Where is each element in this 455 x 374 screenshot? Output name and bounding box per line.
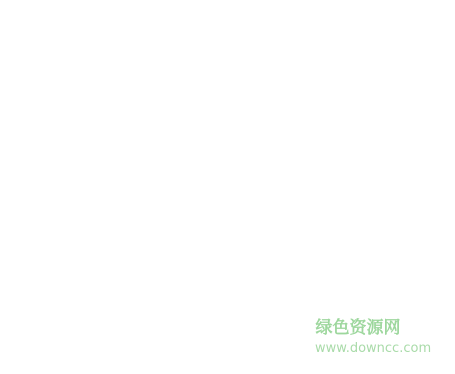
spec-table-body (2, 2, 452, 370)
spec-table (2, 2, 452, 370)
